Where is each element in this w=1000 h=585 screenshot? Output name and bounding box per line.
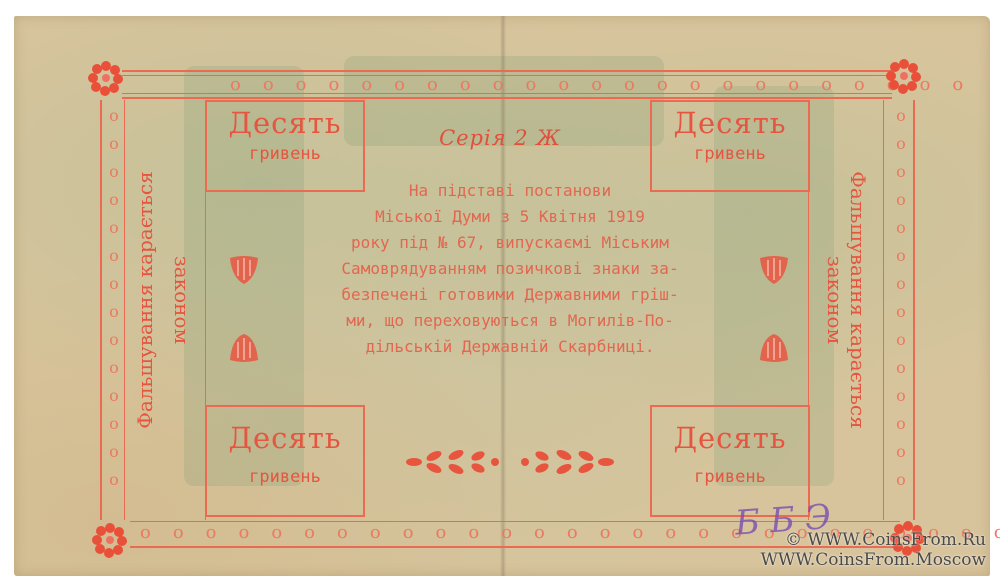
denomination-word: Десять bbox=[207, 421, 363, 455]
denomination-tile-bottom-left: Десять гривень bbox=[205, 405, 365, 517]
frame-top-line bbox=[122, 70, 892, 72]
left-warning-line1: Фальшування карається bbox=[133, 150, 157, 450]
legal-text-line: На підставі постанови bbox=[300, 178, 720, 204]
legal-text-line: дільській Державній Скарбниці. bbox=[300, 334, 720, 360]
watermark-line-2: WWW.CoinsFrom.Moscow bbox=[760, 550, 986, 570]
frame-left-line bbox=[100, 100, 102, 520]
series-label: Серія 2 Ж bbox=[0, 126, 1000, 150]
left-oval-border: oooooooooooooo bbox=[106, 102, 122, 494]
right-oval-border: oooooooooooooo bbox=[893, 102, 909, 494]
watermark-line-1: © WWW.CoinsFrom.Ru bbox=[760, 530, 986, 550]
denomination-word: Десять bbox=[652, 421, 808, 455]
rosette-top-left-icon bbox=[88, 60, 124, 96]
frame-right-line bbox=[883, 100, 884, 520]
copyright-watermark: © WWW.CoinsFrom.Ru WWW.CoinsFrom.Moscow bbox=[760, 530, 986, 570]
legal-text-line: Самоврядуванням позичкові знаки за- bbox=[300, 256, 720, 282]
emblem-right-upper-icon bbox=[756, 252, 792, 288]
emblem-left-lower-icon bbox=[226, 330, 262, 366]
emblem-left-upper-icon bbox=[226, 252, 262, 288]
left-warning-line2: законом bbox=[170, 240, 194, 360]
right-warning-line2: законом bbox=[823, 240, 847, 360]
legal-text-line: ми, що переховуються в Могилів-По- bbox=[300, 308, 720, 334]
legal-text-line: року під № 67, випускаємі Міським bbox=[300, 230, 720, 256]
rosette-top-right-icon bbox=[886, 58, 922, 94]
right-warning-line1: Фальшування карається bbox=[846, 150, 870, 450]
legal-text-line: безпечені готовими Державними гріш- bbox=[300, 282, 720, 308]
currency-word: гривень bbox=[652, 467, 808, 487]
frame-left-line-2 bbox=[124, 100, 125, 520]
legal-text: На підставі постанови Міської Думи з 5 К… bbox=[300, 178, 720, 360]
rosette-bottom-left-icon bbox=[92, 522, 128, 558]
legal-text-line: Міської Думи з 5 Квітня 1919 bbox=[300, 204, 720, 230]
frame-top-line-3 bbox=[122, 97, 892, 99]
frame-right-line-2 bbox=[913, 100, 915, 520]
top-oval-border: ooooooooooooooooooooooo bbox=[230, 74, 985, 95]
currency-word: гривень bbox=[207, 467, 363, 487]
floral-ornament-icon bbox=[400, 445, 620, 479]
emblem-right-lower-icon bbox=[756, 330, 792, 366]
